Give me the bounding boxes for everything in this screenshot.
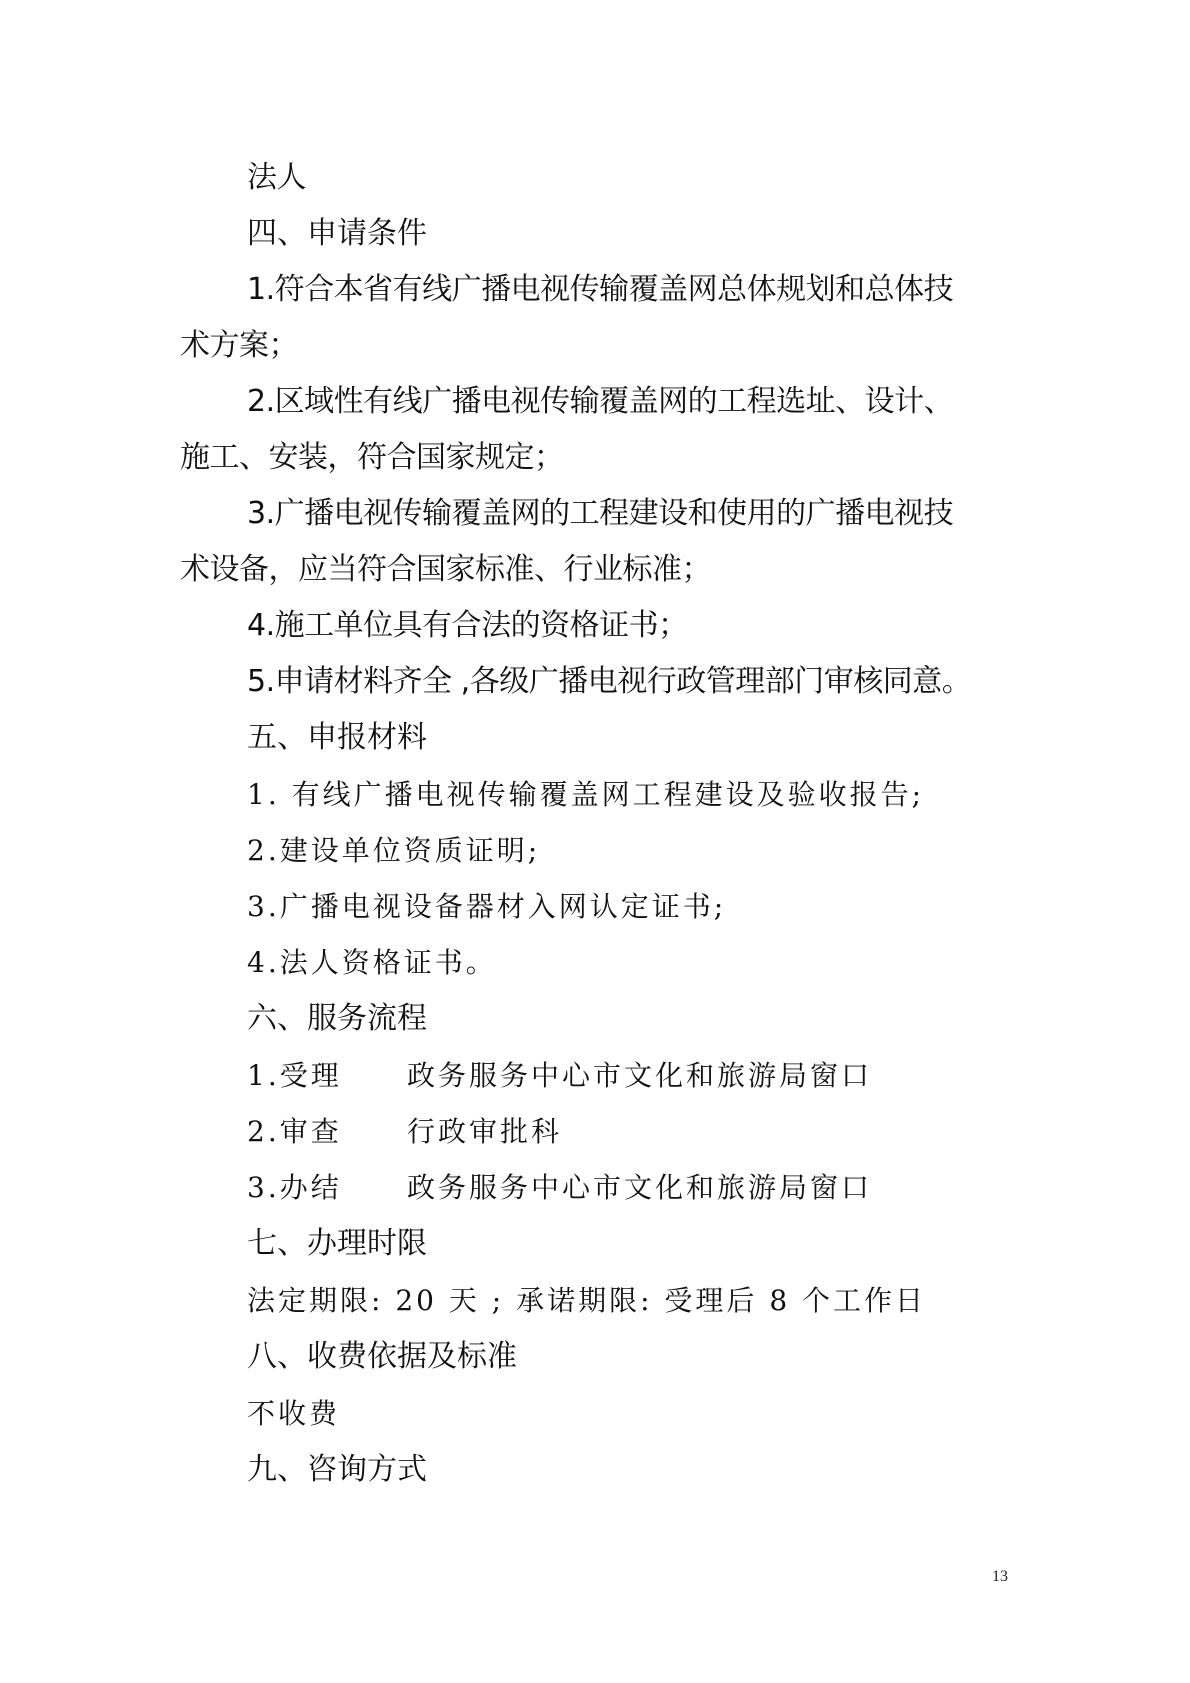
- condition-item-2-line2: 施工、安装，符合国家规定；: [180, 440, 564, 476]
- section-heading-application-conditions: 四、申请条件: [247, 216, 427, 252]
- process-step-value: 行政审批科: [407, 1115, 562, 1148]
- condition-item-1-line2: 术方案；: [180, 328, 298, 364]
- continuation-text: 法人: [247, 160, 306, 196]
- fees-text: 不收费: [247, 1396, 340, 1432]
- section-heading-materials: 五、申报材料: [247, 720, 427, 756]
- process-step-label: 3.办结: [247, 1170, 407, 1206]
- condition-item-3-line1: 3.广播电视传输覆盖网的工程建设和使用的广播电视技: [247, 496, 953, 532]
- process-step-label: 1.受理: [247, 1058, 407, 1094]
- page-number: 13: [992, 1568, 1008, 1586]
- process-step-1: 1.受理政务服务中心市文化和旅游局窗口: [247, 1058, 872, 1094]
- time-limit-text: 法定期限: 20 天 ; 承诺期限: 受理后 8 个工作日: [247, 1283, 926, 1319]
- section-heading-service-process: 六、服务流程: [247, 1001, 427, 1037]
- process-step-value: 政务服务中心市文化和旅游局窗口: [407, 1171, 872, 1204]
- material-item-1: 1. 有线广播电视传输覆盖网工程建设及验收报告;: [247, 777, 924, 813]
- condition-item-4: 4.施工单位具有合法的资格证书；: [247, 608, 688, 644]
- condition-item-2-line1: 2.区域性有线广播电视传输覆盖网的工程选址、设计、: [247, 384, 953, 420]
- condition-item-1-line1: 1.符合本省有线广播电视传输覆盖网总体规划和总体技: [247, 272, 953, 308]
- material-item-2: 2.建设单位资质证明;: [247, 833, 540, 869]
- process-step-label: 2.审查: [247, 1114, 407, 1150]
- section-heading-time-limit: 七、办理时限: [247, 1226, 427, 1262]
- material-item-3: 3.广播电视设备器材入网认定证书;: [247, 889, 726, 925]
- condition-item-5: 5.申请材料齐全 ,各级广播电视行政管理部门审核同意。: [247, 664, 971, 700]
- condition-item-3-line2: 术设备，应当符合国家标准、行业标准；: [180, 552, 711, 588]
- process-step-value: 政务服务中心市文化和旅游局窗口: [407, 1059, 872, 1092]
- section-heading-fees: 八、收费依据及标准: [247, 1339, 517, 1375]
- process-step-3: 3.办结政务服务中心市文化和旅游局窗口: [247, 1170, 872, 1206]
- section-heading-consultation: 九、咨询方式: [247, 1452, 427, 1488]
- material-item-4: 4.法人资格证书。: [247, 945, 497, 981]
- document-page: 法人 四、申请条件 1.符合本省有线广播电视传输覆盖网总体规划和总体技 术方案；…: [0, 0, 1190, 1683]
- process-step-2: 2.审查行政审批科: [247, 1114, 562, 1150]
